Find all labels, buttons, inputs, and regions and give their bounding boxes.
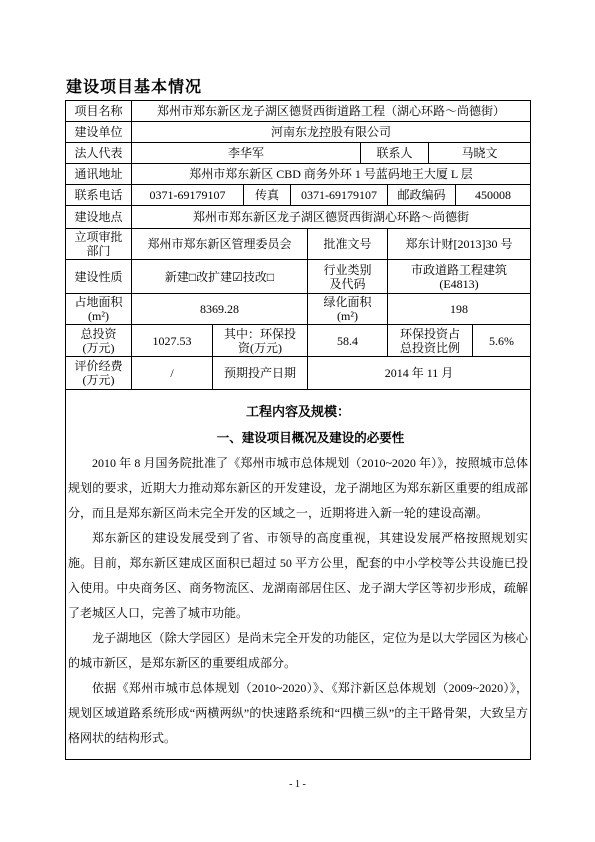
paragraph-longzihu: 龙子湖地区（除大学园区）是尚未完全开发的功能区，定位为是以大学园区为核心的城市新…	[68, 626, 528, 676]
row-area: 占地面积 (m²) 8369.28 绿化面积 (m²) 198	[66, 294, 531, 325]
address-value: 郑州市郑东新区 CBD 商务外环 1 号蓝码地王大厦 L 层	[132, 164, 531, 185]
contact-person-label: 联系人	[361, 143, 429, 164]
env-investment-label: 其中：环保投 资(万元)	[213, 325, 308, 357]
eval-cost-value: /	[132, 357, 213, 390]
paragraph-road-plan: 依据《郑州市城市总体规划（2010~2020）》、《郑汴新区总体规划（2009~…	[68, 676, 528, 751]
legal-rep-label: 法人代表	[66, 143, 132, 164]
investment-label: 总投资 (万元)	[66, 325, 132, 357]
env-ratio-value: 5.6%	[473, 325, 531, 357]
project-name-label: 项目名称	[66, 101, 132, 122]
env-investment-value: 58.4	[308, 325, 388, 357]
phone-value: 0371-69179107	[132, 185, 244, 206]
approval-dept-label: 立项审批 部门	[66, 229, 132, 260]
industry-label: 行业类别 及代码	[308, 260, 388, 294]
production-date-label: 预期投产日期	[213, 357, 308, 390]
row-location: 建设地点 郑州市郑东新区龙子湖区德贤西街湖心环路～尚德街	[66, 206, 531, 229]
project-info-table: 项目名称 郑州市郑东新区龙子湖区德贤西街道路工程（湖心环路～尚德街） 建设单位 …	[65, 100, 531, 760]
row-construction-unit: 建设单位 河南东龙控股有限公司	[66, 122, 531, 143]
row-investment: 总投资 (万元) 1027.53 其中：环保投 资(万元) 58.4 环保投资占…	[66, 325, 531, 357]
contact-person-value: 马晓文	[429, 143, 531, 164]
industry-value: 市政道路工程建筑 (E4813)	[388, 260, 531, 294]
zip-value: 450008	[456, 185, 531, 206]
location-label: 建设地点	[66, 206, 132, 229]
page-number: - 1 -	[0, 779, 595, 790]
row-nature: 建设性质 新建□改扩建☑技改□ 行业类别 及代码 市政道路工程建筑 (E4813…	[66, 260, 531, 294]
production-date-value: 2014 年 11 月	[308, 357, 531, 390]
phone-label: 联系电话	[66, 185, 132, 206]
content-section-cell: 工程内容及规模： 一、建设项目概况及建设的必要性 2010 年 8 月国务院批准…	[66, 390, 531, 760]
project-name-value: 郑州市郑东新区龙子湖区德贤西街道路工程（湖心环路～尚德街）	[132, 101, 531, 122]
page-title: 建设项目基本情况	[66, 74, 202, 97]
approval-doc-label: 批准文号	[308, 229, 388, 260]
row-eval-cost: 评价经费 (万元) / 预期投产日期 2014 年 11 月	[66, 357, 531, 390]
document-page: { "page": { "title": "建设项目基本情况", "page_n…	[0, 0, 595, 842]
content-body: 2010 年 8 月国务院批准了《郑州市城市总体规划（2010~2020 年）》…	[68, 451, 528, 751]
approval-doc-value: 郑东计财[2013]30 号	[388, 229, 531, 260]
approval-dept-value: 郑州市郑东新区管理委员会	[132, 229, 308, 260]
env-ratio-label: 环保投资占 总投资比例	[388, 325, 473, 357]
legal-rep-value: 李华军	[132, 143, 361, 164]
construction-unit-label: 建设单位	[66, 122, 132, 143]
row-address: 通讯地址 郑州市郑东新区 CBD 商务外环 1 号蓝码地王大厦 L 层	[66, 164, 531, 185]
row-legal-rep: 法人代表 李华军 联系人 马晓文	[66, 143, 531, 164]
area-label: 占地面积 (m²)	[66, 294, 132, 325]
eval-cost-label: 评价经费 (万元)	[66, 357, 132, 390]
row-project-name: 项目名称 郑州市郑东新区龙子湖区德贤西街道路工程（湖心环路～尚德街）	[66, 101, 531, 122]
address-label: 通讯地址	[66, 164, 132, 185]
nature-checkboxes: 新建□改扩建☑技改□	[132, 260, 308, 294]
green-area-value: 198	[388, 294, 531, 325]
location-value: 郑州市郑东新区龙子湖区德贤西街湖心环路～尚德街	[132, 206, 531, 229]
zip-label: 邮政编码	[388, 185, 456, 206]
row-approval: 立项审批 部门 郑州市郑东新区管理委员会 批准文号 郑东计财[2013]30 号	[66, 229, 531, 260]
area-value: 8369.28	[132, 294, 308, 325]
content-sub-heading: 一、建设项目概况及建设的必要性	[68, 425, 528, 451]
paragraph-development: 郑东新区的建设发展受到了省、市领导的高度重视，其建设发展严格按照规划实施。目前，…	[68, 526, 528, 626]
row-content-section: 工程内容及规模： 一、建设项目概况及建设的必要性 2010 年 8 月国务院批准…	[66, 390, 531, 760]
investment-value: 1027.53	[132, 325, 213, 357]
fax-label: 传真	[244, 185, 291, 206]
paragraph-overview: 2010 年 8 月国务院批准了《郑州市城市总体规划（2010~2020 年）》…	[68, 451, 528, 526]
nature-label: 建设性质	[66, 260, 132, 294]
fax-value: 0371-69179107	[291, 185, 388, 206]
construction-unit-value: 河南东龙控股有限公司	[132, 122, 531, 143]
green-area-label: 绿化面积 (m²)	[308, 294, 388, 325]
content-section-title: 工程内容及规模：	[68, 399, 528, 425]
row-phone: 联系电话 0371-69179107 传真 0371-69179107 邮政编码…	[66, 185, 531, 206]
